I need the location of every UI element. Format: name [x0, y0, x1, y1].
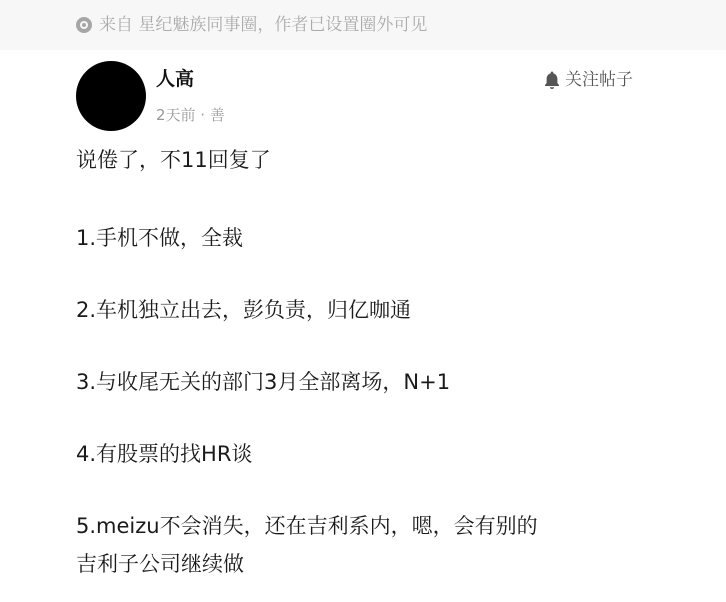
post-line-1: 1.手机不做，全裁 — [76, 223, 243, 253]
author-name[interactable]: 人高 — [156, 66, 194, 92]
post-line-5-cont: 吉利子公司继续做 — [76, 549, 244, 579]
bell-icon — [543, 70, 561, 90]
post-line-2: 2.车机独立出去，彭负责，归亿咖通 — [76, 295, 411, 325]
follow-label: 关注帖子 — [565, 68, 633, 92]
post-line-5: 5.meizu不会消失，还在吉利系内，嗯，会有别的 — [76, 511, 538, 541]
circle-badge-icon — [76, 17, 92, 33]
source-bar: 来自 星纪魅族同事圈，作者已设置圈外可见 — [0, 0, 726, 50]
follow-post-button[interactable]: 关注帖子 — [543, 66, 633, 94]
source-text: 来自 星纪魅族同事圈，作者已设置圈外可见 — [99, 13, 427, 37]
avatar[interactable] — [76, 61, 146, 131]
post-line-3: 3.与收尾无关的部门3月全部离场，N+1 — [76, 367, 450, 397]
post-line-4: 4.有股票的找HR谈 — [76, 439, 252, 469]
post-line-intro: 说倦了，不11回复了 — [76, 145, 271, 175]
post-meta: 2天前 · 善 — [156, 104, 225, 126]
